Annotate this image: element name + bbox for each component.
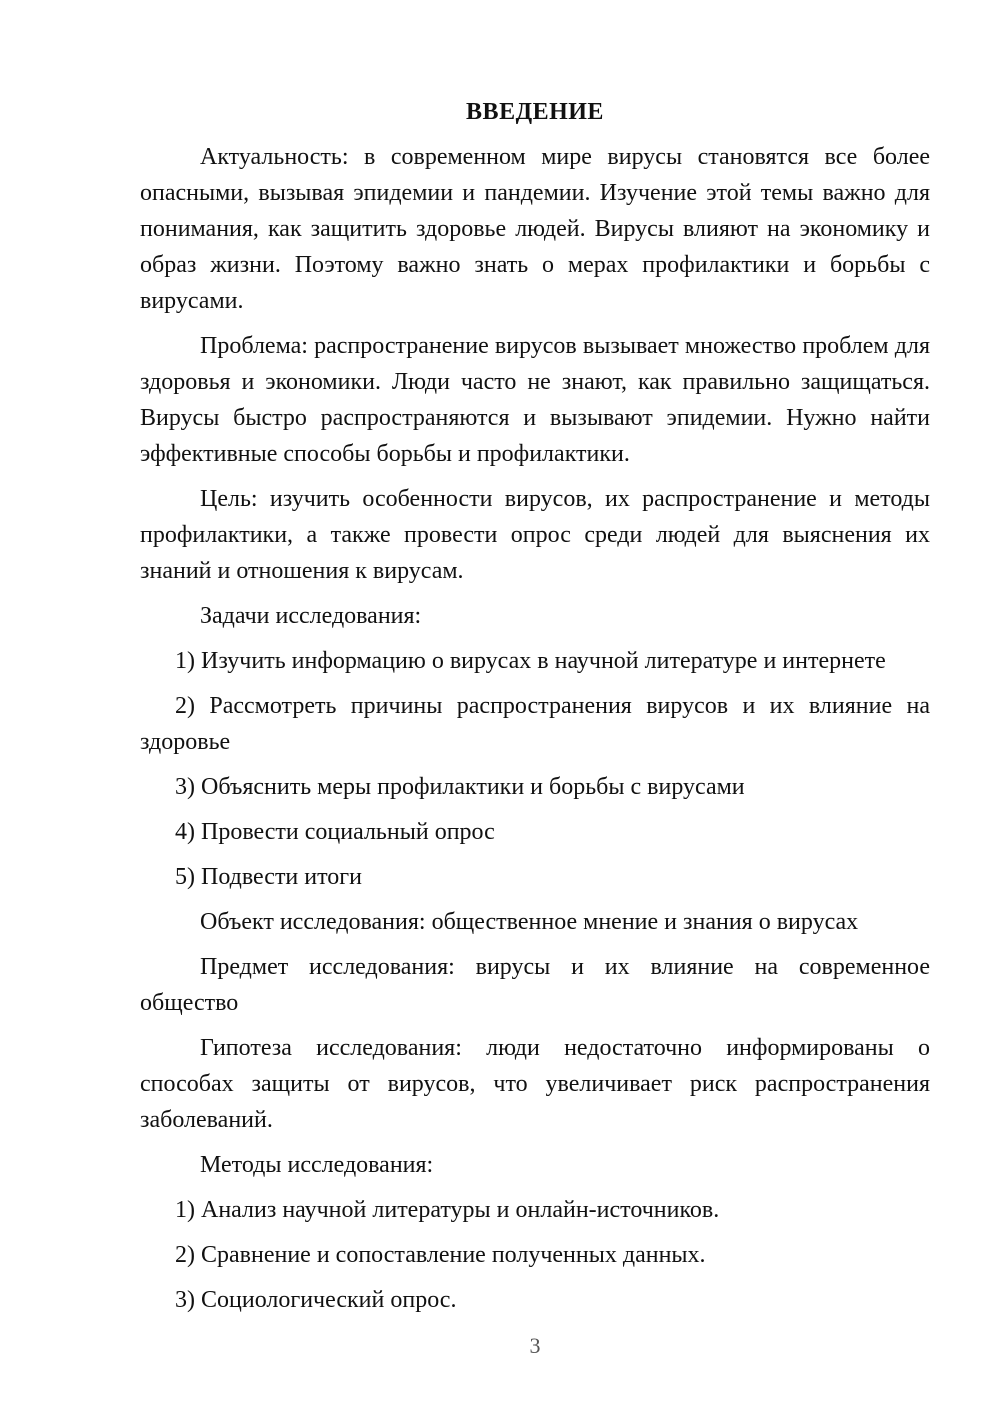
task-item-5: 5) Подвести итоги	[140, 859, 930, 895]
paragraph-problem: Проблема: распространение вирусов вызыва…	[140, 328, 930, 472]
paragraph-goal: Цель: изучить особенности вирусов, их ра…	[140, 481, 930, 589]
document-page: ВВЕДЕНИЕ Актуальность: в современном мир…	[0, 0, 1000, 1414]
method-item-2: 2) Сравнение и сопоставление полученных …	[140, 1237, 930, 1273]
task-item-3: 3) Объяснить меры профилактики и борьбы …	[140, 769, 930, 805]
task-item-2: 2) Рассмотреть причины распространения в…	[140, 688, 930, 760]
paragraph-object: Объект исследования: общественное мнение…	[140, 904, 930, 940]
method-item-1: 1) Анализ научной литературы и онлайн-ис…	[140, 1192, 930, 1228]
method-item-3: 3) Социологический опрос.	[140, 1282, 930, 1318]
heading-methods: Методы исследования:	[140, 1147, 930, 1183]
paragraph-subject: Предмет исследования: вирусы и их влияни…	[140, 949, 930, 1021]
page-title: ВВЕДЕНИЕ	[140, 94, 930, 130]
task-item-4: 4) Провести социальный опрос	[140, 814, 930, 850]
paragraph-hypothesis: Гипотеза исследования: люди недостаточно…	[140, 1030, 930, 1138]
task-item-1: 1) Изучить информацию о вирусах в научно…	[140, 643, 930, 679]
heading-tasks: Задачи исследования:	[140, 598, 930, 634]
paragraph-relevance: Актуальность: в современном мире вирусы …	[140, 139, 930, 319]
page-number: 3	[140, 1328, 930, 1364]
